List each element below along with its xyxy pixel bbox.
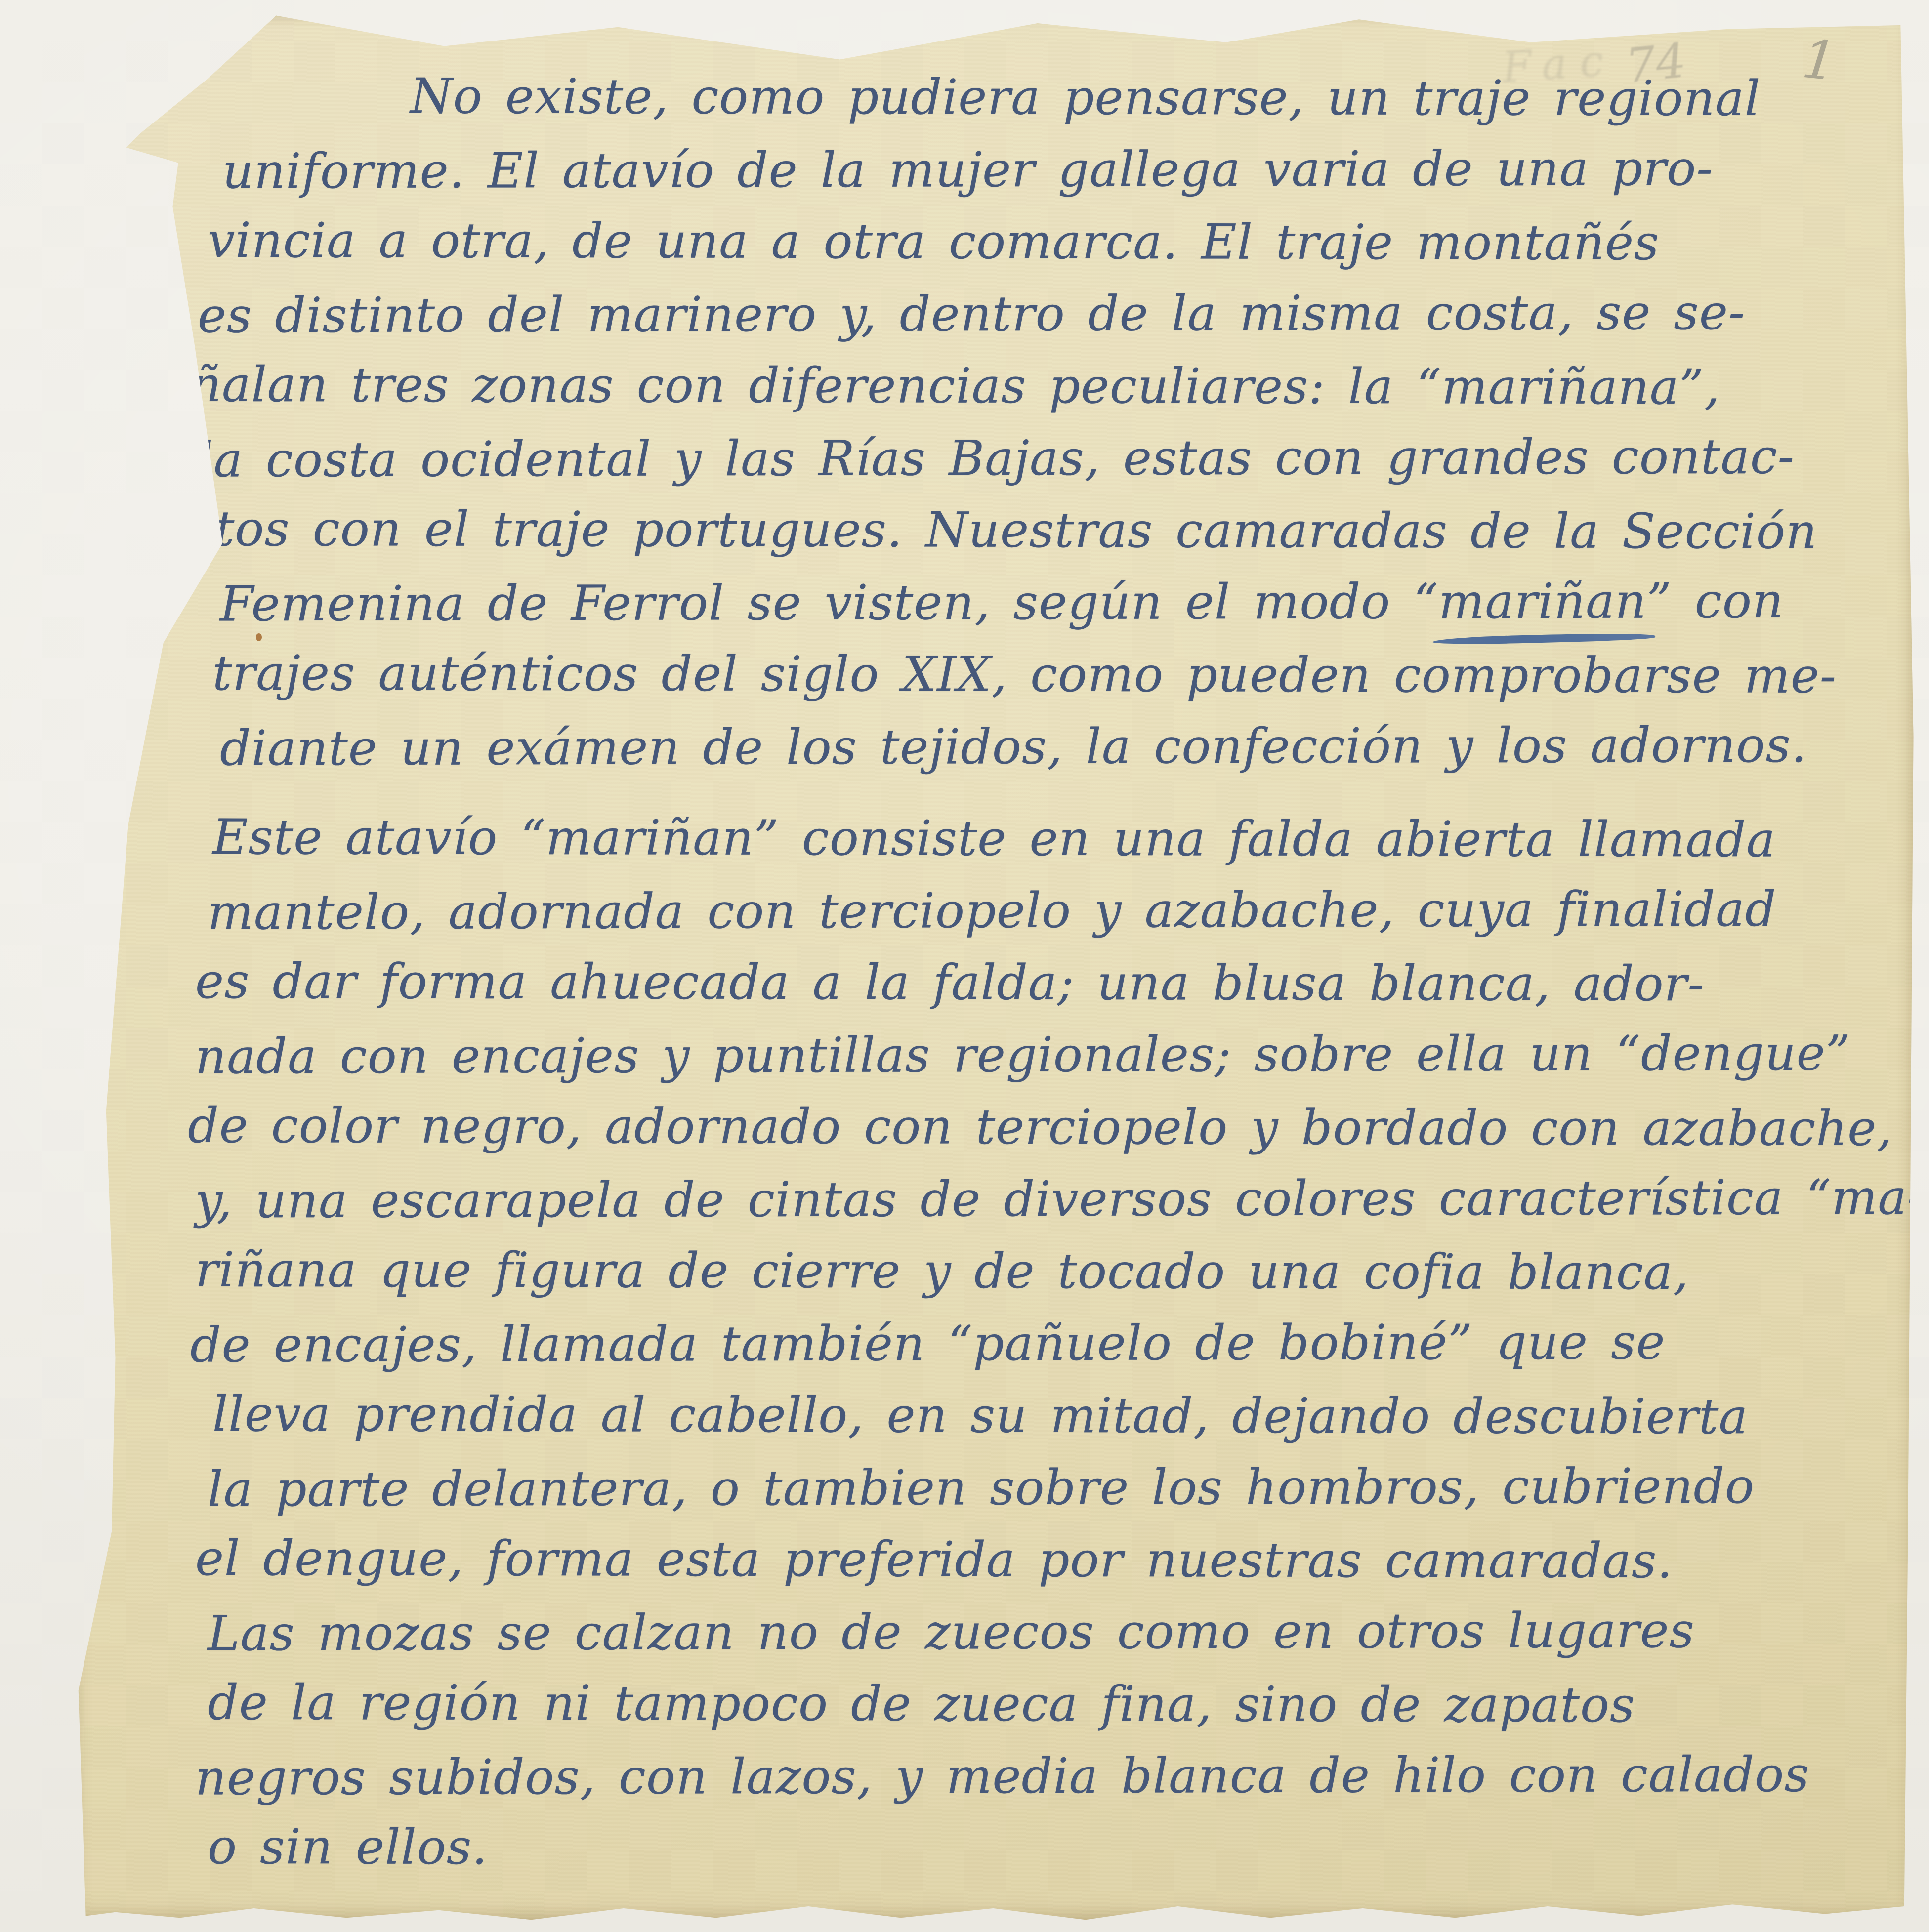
manuscript-line: uniforme. El atavío de la mujer gallega … bbox=[222, 132, 1897, 207]
line-text: nada con encajes y puntillas regionales;… bbox=[195, 1026, 1851, 1085]
line-text: el dengue, forma esta preferida por nues… bbox=[195, 1530, 1673, 1589]
line-text: Femenina de Ferrol se visten, según el m… bbox=[220, 574, 1439, 632]
manuscript-line: es distinto del marinero y, dentro de la… bbox=[198, 276, 1897, 352]
manuscript-line: de color negro, adornado con terciopelo … bbox=[188, 1090, 1897, 1165]
manuscript-line: diante un exámen de los tejidos, la conf… bbox=[220, 709, 1897, 784]
line-text: riñana que figura de cierre y de tocado … bbox=[195, 1242, 1689, 1301]
manuscript-line: Este atavío “mariñan” consiste en una fa… bbox=[212, 801, 1897, 876]
line-text: trajes auténticos del siglo XIX, como pu… bbox=[212, 645, 1837, 704]
manuscript-line: la costa ocidental y las Rías Bajas, est… bbox=[198, 420, 1897, 496]
line-text: vincia a otra, de una a otra comarca. El… bbox=[208, 212, 1660, 271]
manuscript-line: o sin ellos. bbox=[208, 1811, 1897, 1886]
line-text: o sin ellos. bbox=[208, 1819, 488, 1876]
underlined-word: mariñan bbox=[1438, 566, 1647, 638]
line-text: lleva prendida al cabello, en su mitad, … bbox=[212, 1386, 1748, 1445]
manuscript-line: No existe, como pudiera pensarse, un tra… bbox=[410, 60, 1897, 135]
manuscript-line: lleva prendida al cabello, en su mitad, … bbox=[212, 1378, 1897, 1453]
manuscript-line: tos con el traje portugues. Nuestras cam… bbox=[215, 493, 1897, 568]
line-text: y, una escarapela de cintas de diversos … bbox=[195, 1169, 1924, 1229]
line-text: negros subidos, con lazos, y media blanc… bbox=[195, 1747, 1810, 1807]
line-text: uniforme. El atavío de la mujer gallega … bbox=[222, 140, 1714, 200]
line-text: de encajes, llamada también “pañuelo de … bbox=[190, 1314, 1666, 1373]
manuscript-line: ñalan tres zonas con diferencias peculia… bbox=[190, 349, 1897, 424]
manuscript-line: es dar forma ahuecada a la falda; una bl… bbox=[195, 945, 1897, 1021]
line-text: Este atavío “mariñan” consiste en una fa… bbox=[212, 809, 1776, 868]
manuscript-line: Femenina de Ferrol se visten, según el m… bbox=[220, 565, 1897, 640]
manuscript-line: vincia a otra, de una a otra comarca. El… bbox=[208, 205, 1897, 280]
line-text: tos con el traje portugues. Nuestras cam… bbox=[215, 501, 1817, 560]
manuscript-line: trajes auténticos del siglo XIX, como pu… bbox=[212, 637, 1897, 712]
manuscript-line: la parte delantera, o tambien sobre los … bbox=[208, 1450, 1897, 1525]
line-text: de la región ni tampoco de zueca fina, s… bbox=[208, 1675, 1635, 1733]
manuscript-page: Fac 74 1 No existe, como pudiera pensars… bbox=[69, 10, 1917, 1922]
line-text: mantelo, adornada con terciopelo y azaba… bbox=[208, 881, 1777, 941]
manuscript-text: No existe, como pudiera pensarse, un tra… bbox=[188, 62, 1897, 1885]
line-text: es dar forma ahuecada a la falda; una bl… bbox=[195, 953, 1705, 1012]
manuscript-line: Las mozas se calzan no de zuecos como en… bbox=[208, 1594, 1897, 1670]
line-text: la parte delantera, o tambien sobre los … bbox=[208, 1458, 1755, 1518]
manuscript-line: nada con encajes y puntillas regionales;… bbox=[195, 1017, 1897, 1093]
line-text: diante un exámen de los tejidos, la conf… bbox=[220, 717, 1807, 777]
line-text: es distinto del marinero y, dentro de la… bbox=[198, 285, 1745, 344]
manuscript-line: el dengue, forma esta preferida por nues… bbox=[195, 1522, 1897, 1598]
line-text: ” con bbox=[1647, 573, 1784, 630]
manuscript-line: riñana que figura de cierre y de tocado … bbox=[195, 1234, 1897, 1309]
line-text: ñalan tres zonas con diferencias peculia… bbox=[190, 357, 1720, 415]
line-text: de color negro, adornado con terciopelo … bbox=[188, 1098, 1893, 1157]
manuscript-line: y, una escarapela de cintas de diversos … bbox=[195, 1161, 1897, 1237]
manuscript-line: mantelo, adornada con terciopelo y azaba… bbox=[208, 873, 1897, 948]
line-text: la costa ocidental y las Rías Bajas, est… bbox=[198, 429, 1795, 489]
line-text: No existe, como pudiera pensarse, un tra… bbox=[410, 68, 1761, 127]
scanned-document: { "document": { "type_label": "handwritt… bbox=[0, 0, 1929, 1932]
manuscript-line: negros subidos, con lazos, y media blanc… bbox=[195, 1738, 1897, 1814]
manuscript-line: de encajes, llamada también “pañuelo de … bbox=[190, 1306, 1897, 1381]
manuscript-line: de la región ni tampoco de zueca fina, s… bbox=[208, 1667, 1897, 1742]
line-text: Las mozas se calzan no de zuecos como en… bbox=[208, 1603, 1695, 1662]
